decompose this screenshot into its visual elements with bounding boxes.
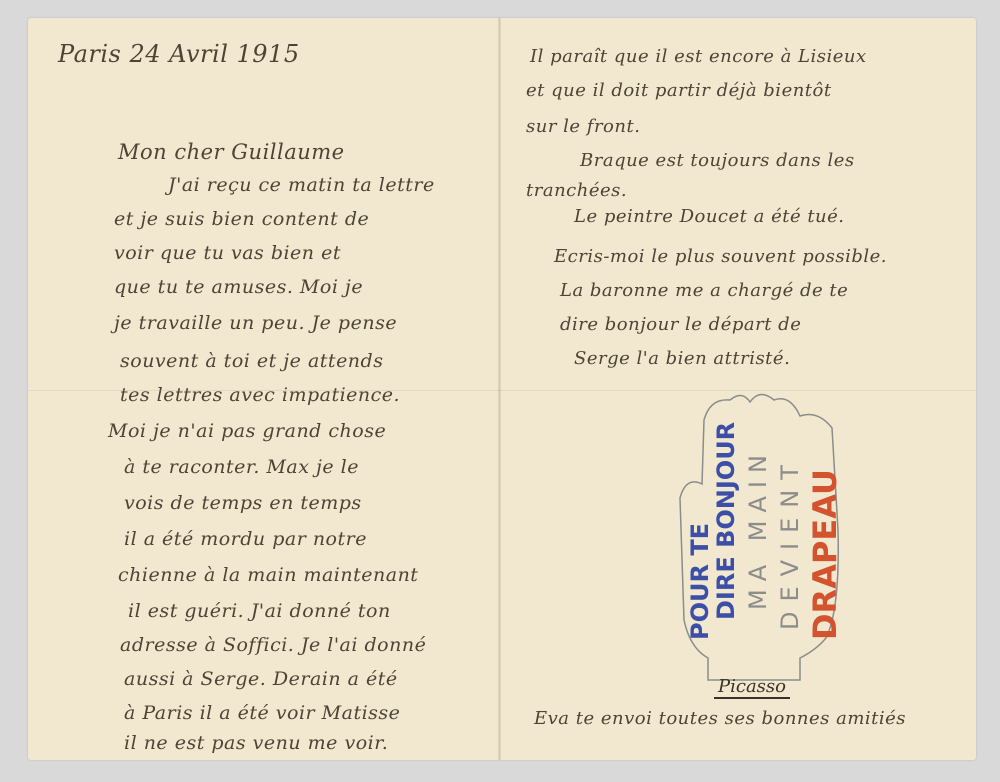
left-line: chienne à la main maintenant <box>118 564 418 586</box>
left-line: souvent à toi et je attends <box>120 350 383 372</box>
right-line: Serge l'a bien attristé. <box>574 348 790 369</box>
closing-line: Eva te envoi toutes ses bonnes amitiés <box>534 708 906 729</box>
left-line: à te raconter. Max je le <box>124 456 359 478</box>
left-line: Moi je n'ai pas grand chose <box>108 420 386 442</box>
left-line: que tu te amuses. Moi je <box>114 276 363 298</box>
right-line: Le peintre Doucet a été tué. <box>574 206 845 227</box>
left-line: je travaille un peu. Je pense <box>114 312 397 334</box>
right-line: dire bonjour le départ de <box>560 314 801 335</box>
center-fold <box>498 18 501 760</box>
right-line: tranchées. <box>526 180 627 201</box>
calligram-text-blue-2: DIRE BONJOUR <box>712 422 740 620</box>
left-line: vois de temps en temps <box>124 492 362 514</box>
left-line: il a été mordu par notre <box>124 528 367 550</box>
calligram-text-blue-1: POUR TE <box>686 523 714 640</box>
right-line: et que il doit partir déjà bientôt <box>526 80 832 101</box>
left-line: voir que tu vas bien et <box>114 242 341 264</box>
left-line: J'ai reçu ce matin ta lettre <box>168 174 435 196</box>
left-line: et je suis bien content de <box>114 208 369 230</box>
right-line: La baronne me a chargé de te <box>560 280 848 301</box>
left-line: adresse à Soffici. Je l'ai donné <box>120 634 426 656</box>
right-line: sur le front. <box>526 116 640 137</box>
left-line: tes lettres avec impatience. <box>120 384 400 406</box>
hand-calligram-drawing: POUR TE DIRE BONJOUR MA MAIN DEVIENT DRA… <box>650 380 850 710</box>
left-line: il ne est pas venu me voir. <box>124 732 388 754</box>
right-line: Il paraît que il est encore à Lisieux <box>530 46 867 67</box>
letter-date: Paris 24 Avril 1915 <box>58 40 300 68</box>
calligram-text-red: DRAPEAU <box>806 469 844 640</box>
salutation: Mon cher Guillaume <box>118 140 345 164</box>
right-line: Ecris-moi le plus souvent possible. <box>554 246 887 267</box>
calligram-text-pencil-1: MA MAIN <box>744 447 772 610</box>
left-line: il est guéri. J'ai donné ton <box>128 600 391 622</box>
right-line: Braque est toujours dans les <box>580 150 855 171</box>
left-line: à Paris il a été voir Matisse <box>124 702 400 724</box>
letter-sheet: Paris 24 Avril 1915 Mon cher Guillaume J… <box>28 18 976 760</box>
left-line: aussi à Serge. Derain a été <box>124 668 398 690</box>
calligram-text-pencil-2: DEVIENT <box>776 455 804 630</box>
signature: Picasso <box>714 676 790 699</box>
